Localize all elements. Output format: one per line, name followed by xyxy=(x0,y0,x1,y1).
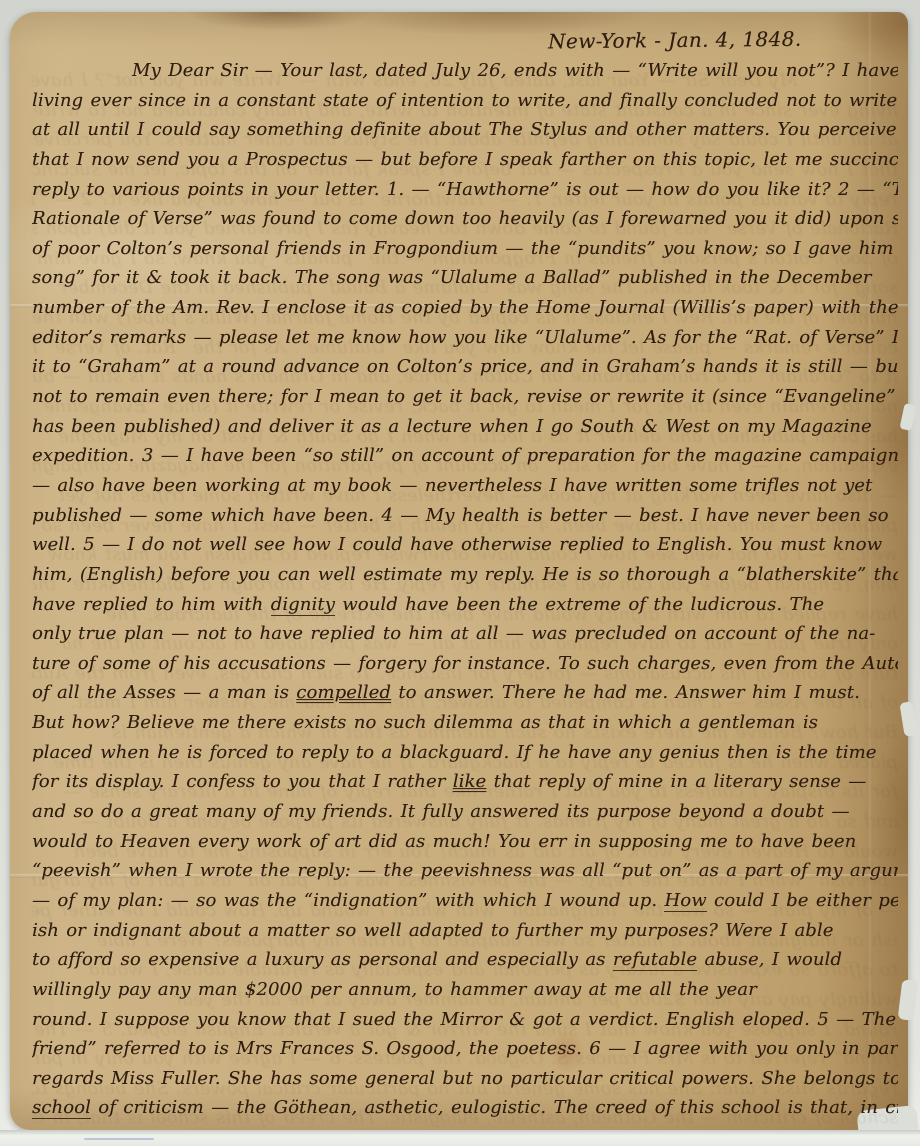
letter-line: well. 5 — I do not well see how I could … xyxy=(32,530,898,560)
letter-page: My Dear Sir — Your last, dated July 26, … xyxy=(10,12,908,1130)
letter-line: school of criticism — the Göthean, asthe… xyxy=(32,1093,898,1123)
letter-line: has been published) and deliver it as a … xyxy=(32,412,898,442)
letter-line: have replied to him with dignity would h… xyxy=(32,590,898,620)
underlined-word: How xyxy=(664,890,706,912)
letter-line: of poor Colton’s personal friends in Fro… xyxy=(32,234,898,264)
letter-line: reply to various points in your letter. … xyxy=(32,175,898,205)
mat-strip xyxy=(0,1130,920,1146)
letter-line: for its display. I confess to you that I… xyxy=(32,767,898,797)
letter-line: — also have been working at my book — ne… xyxy=(32,471,898,501)
letter-line: editor’s remarks — please let me know ho… xyxy=(32,323,898,353)
letter-line: regards Miss Fuller. She has some genera… xyxy=(32,1064,898,1094)
letter-line: only true plan — not to have replied to … xyxy=(32,619,898,649)
letter-line: that I now send you a Prospectus — but b… xyxy=(32,145,898,175)
letter-line: Rationale of Verse” was found to come do… xyxy=(32,204,898,234)
letter-line: not to remain even there; for I mean to … xyxy=(32,382,898,412)
letter-line: ish or indignant about a matter so well … xyxy=(32,916,898,946)
underlined-word: school xyxy=(32,1097,91,1119)
letter-line: But how? Believe me there exists no such… xyxy=(32,708,898,738)
letter-line: ture of some of his accusations — forger… xyxy=(32,649,898,679)
letter-line: it to “Graham” at a round advance on Col… xyxy=(32,352,898,382)
letter-line: friend” referred to is Mrs Frances S. Os… xyxy=(32,1034,898,1064)
letter-dateline: New-York - Jan. 4, 1848. xyxy=(548,27,802,54)
letter-line: willingly pay any man $2000 per annum, t… xyxy=(32,975,898,1005)
letter-line: published — some which have been. 4 — My… xyxy=(32,501,898,531)
mat-blue-line xyxy=(84,1138,154,1140)
letter-line: to afford so expensive a luxury as perso… xyxy=(32,945,898,975)
letter-line: expedition. 3 — I have been “so still” o… xyxy=(32,441,898,471)
letter-line: and so do a great many of my friends. It… xyxy=(32,797,898,827)
letter-line: round. I suppose you know that I sued th… xyxy=(32,1005,898,1035)
letter-body: My Dear Sir — Your last, dated July 26, … xyxy=(32,56,898,1130)
letter-line: “peevish” when I wrote the reply: — the … xyxy=(32,856,898,886)
letter-line: placed when he is forced to reply to a b… xyxy=(32,738,898,768)
underlined-word: refutable xyxy=(613,949,697,971)
letter-line: — of my plan: — so was the “indignation”… xyxy=(32,886,898,916)
letter-line: My Dear Sir — Your last, dated July 26, … xyxy=(32,56,898,86)
letter-line: song” for it & took it back. The song wa… xyxy=(32,263,898,293)
double-underlined-word: like xyxy=(453,771,486,792)
letter-line: would to Heaven every work of art did as… xyxy=(32,827,898,857)
letter-line: number of the Am. Rev. I enclose it as c… xyxy=(32,293,898,323)
letter-line: him, (English) before you can well estim… xyxy=(32,560,898,590)
letter-line: at all until I could say something defin… xyxy=(32,115,898,145)
double-underlined-word: compelled xyxy=(296,682,391,703)
underlined-word: dignity xyxy=(271,594,335,616)
letter-line: living ever since in a constant state of… xyxy=(32,86,898,116)
letter-line: of all the Asses — a man is compelled to… xyxy=(32,678,898,708)
